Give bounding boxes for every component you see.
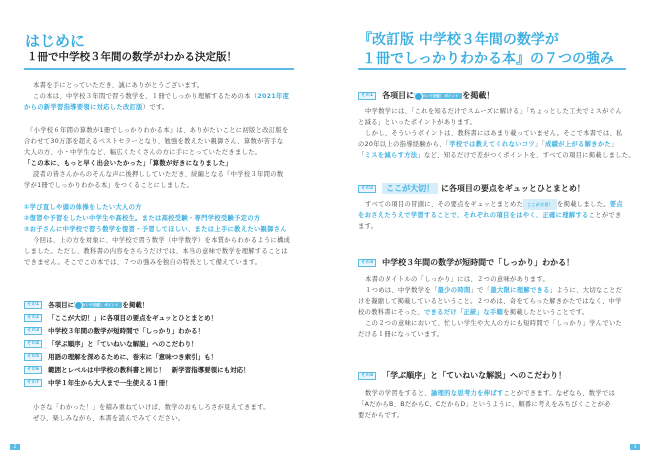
- paragraph-line: 「ミスを減らす方法」など、知るだけで差がつくポイントを、すべての項目に掲載しまし…: [358, 150, 635, 161]
- paragraph-line: 大人の方、小・中学生など、幅広くたくさんの方に手にとっていただきました。: [24, 147, 261, 158]
- paragraph-line: １つめは、中学数学を「最少の時間」で「最大限に理解できる」ように、大切なことだ: [365, 285, 622, 296]
- reader-quote: 「この本に、もっと早く出会いたかった」「算数が好きになりました」: [24, 158, 232, 169]
- paragraph-line: をおさえたうえで学習することで、それぞれの項目をはやく、正確に理解することができ: [358, 210, 622, 221]
- point-badge-icon: コレで完璧！ ポイント: [414, 93, 462, 99]
- paragraph-line: この２つの意味において、忙しい学生や大人の方にも短時間で「しっかり」学んでいた: [365, 318, 622, 329]
- feature-tag: その1: [24, 301, 42, 309]
- section-heading: その2ここが大切！ に各項目の要点をギュッとひとまとめ！: [358, 183, 585, 194]
- page-title-line1: 『改訂版 中学校３年間の数学が: [358, 29, 559, 49]
- feature-tag: その3: [24, 327, 42, 335]
- paragraph-line: 本書のタイトルの「しっかり」には、２つの意味があります。: [365, 274, 549, 285]
- audience-item: ③お子さんに中学校で習う数学を復習・予習してほしい、または上手に教えたい親御さん: [24, 224, 287, 235]
- closing-line: ぜひ、楽しみながら、本書を読んでみてください。: [33, 413, 184, 424]
- paragraph-line: 今回は、上の方を対象に、中学校で習う数学（中学数学）を本質からわかるように構成: [33, 235, 290, 246]
- section-heading: その4「学ぶ順序」と「ていねいな解説」へのこだわり！: [358, 370, 566, 381]
- paragraph-line: 『小学校６年間の算数が1冊でしっかりわかる本』は、ありがたいことに初版と改訂版を: [27, 125, 289, 136]
- feature-tag: その1: [358, 92, 376, 100]
- feature-item: その6範囲とレベルは中学校の教科書と同じ！ 新学習指導要領にも対応！: [24, 364, 250, 376]
- page-number: 3: [630, 444, 640, 450]
- paragraph-line: 読者の皆さんからのそんな声に後押ししていただき、続編となる『中学校３年間の数: [33, 169, 283, 180]
- title-divider: [358, 68, 626, 70]
- intro-paragraph: この本は、中学校３年間で習う数学を、１冊でしっかり理解するための本（2021年度: [33, 91, 289, 102]
- important-badge: ここが大切！: [382, 183, 438, 194]
- feature-tag: その4: [24, 340, 42, 348]
- paragraph-line: 「AだからB、BだからC、CだからD」というように、順番に考えをみちびくことが必: [358, 399, 611, 410]
- page-title: はじめに: [25, 30, 85, 51]
- paragraph-line: 学が1冊でしっかりわかる本』をつくることにしました。: [24, 180, 193, 191]
- feature-tag: その3: [358, 259, 376, 267]
- paragraph-line: 合わせて30万部を超えるベストセラーとなり、勉強を教えたい親御さん、算数が苦手な: [24, 136, 283, 147]
- feature-tag: その6: [24, 366, 42, 374]
- feature-item: その1各項目にコレで完璧！ ポイントを掲載！: [24, 299, 148, 311]
- closing-line: 小さな「わかった！」を積み重ねていけば、数学のおもしろさが見えてきます。: [33, 402, 270, 413]
- section-heading: その3中学校３年間の数学が短時間で「しっかり」わかる！: [358, 257, 574, 268]
- paragraph-line: 数学の学習をすると、論理的な思考力を伸ばすことができます。なぜなら、数学では: [365, 388, 615, 399]
- feature-item: その7中学１年生から大人まで一生使える１冊！: [24, 377, 172, 389]
- paragraph-line: と減る」といったポイントがあります。: [358, 117, 476, 128]
- page-number: 2: [10, 444, 20, 450]
- paragraph-line: 中学数学には、「これを知るだけでスムーズに解ける」「ちょっとした工夫でミスがぐん: [365, 106, 622, 117]
- paragraph-line: だける１冊になっています。: [358, 329, 443, 340]
- paragraph-line: 要だからです。: [358, 410, 404, 421]
- feature-tag: その2: [358, 185, 376, 193]
- feature-item: その3中学校３年間の数学が短時間で「しっかり」わかる！: [24, 325, 204, 337]
- paragraph-line: ます。: [358, 221, 377, 232]
- paragraph-line: できません。そこでこの本では、７つの強みを独自の特長として備えています。: [24, 257, 261, 268]
- right-page: 『改訂版 中学校３年間の数学が １冊でしっかりわかる本』の７つの強み その1各項…: [325, 0, 650, 460]
- paragraph-line: けを凝縮して掲載しているということ。２つめは、奇をてらった解きかたではなく、中学: [358, 296, 622, 307]
- audience-item: ①学び直しや頭の体操をしたい大人の方: [24, 202, 142, 213]
- feature-tag: その7: [24, 379, 42, 387]
- feature-tag: その2: [24, 314, 42, 322]
- title-divider: [24, 68, 294, 70]
- feature-tag: その4: [358, 372, 376, 380]
- paragraph-line: しました。ただし、教科書の内容をさらうだけでは、本当の意味で数学を理解することは: [24, 246, 288, 257]
- section-heading: その1各項目にコレで完璧！ ポイントを掲載！: [358, 90, 494, 101]
- page-subtitle: １冊で中学校３年間の数学がわかる決定版！: [27, 49, 237, 64]
- paragraph-line: の20年以上の指導経験から、「学校では教えてくれないコツ」「成績が上がる解きかた…: [358, 139, 618, 150]
- feature-item: その2「ここが大切！」に各項目の要点をギュッとひとまとめ！: [24, 312, 217, 324]
- feature-tag: その5: [24, 353, 42, 361]
- page-title-line2: １冊でしっかりわかる本』の７つの強み: [362, 48, 614, 68]
- audience-item: ②復習や予習をしたい中学生や高校生。または高校受験・専門学校受験予定の方: [24, 213, 261, 224]
- paragraph-line: 校の教科書にそった、できるだけ「正統」な手順を掲載したということです。: [358, 307, 588, 318]
- feature-item: その5用語の理解を深めるために、巻末に「意味つき索引」も！: [24, 351, 217, 363]
- intro-paragraph: 本書を手にとっていただき、誠にありがとうございます。: [33, 80, 204, 91]
- left-page: はじめに １冊で中学校３年間の数学がわかる決定版！ 本書を手にとっていただき、誠…: [0, 0, 325, 460]
- paragraph-line: すべての項目の冒頭に、その要点をギュッとまとめたここが大切！を掲載しました。要点: [365, 199, 623, 210]
- point-badge-icon: コレで完璧！ ポイント: [74, 302, 122, 308]
- intro-paragraph: からの新学習指導要領に対応した改訂版）です。: [24, 102, 169, 113]
- paragraph-line: しかし、そういうポイントは、教科書にはあまり載っていません。そこで本書では、私: [365, 128, 623, 139]
- feature-item: その4「学ぶ順序」と「ていねいな解説」へのこだわり！: [24, 338, 198, 350]
